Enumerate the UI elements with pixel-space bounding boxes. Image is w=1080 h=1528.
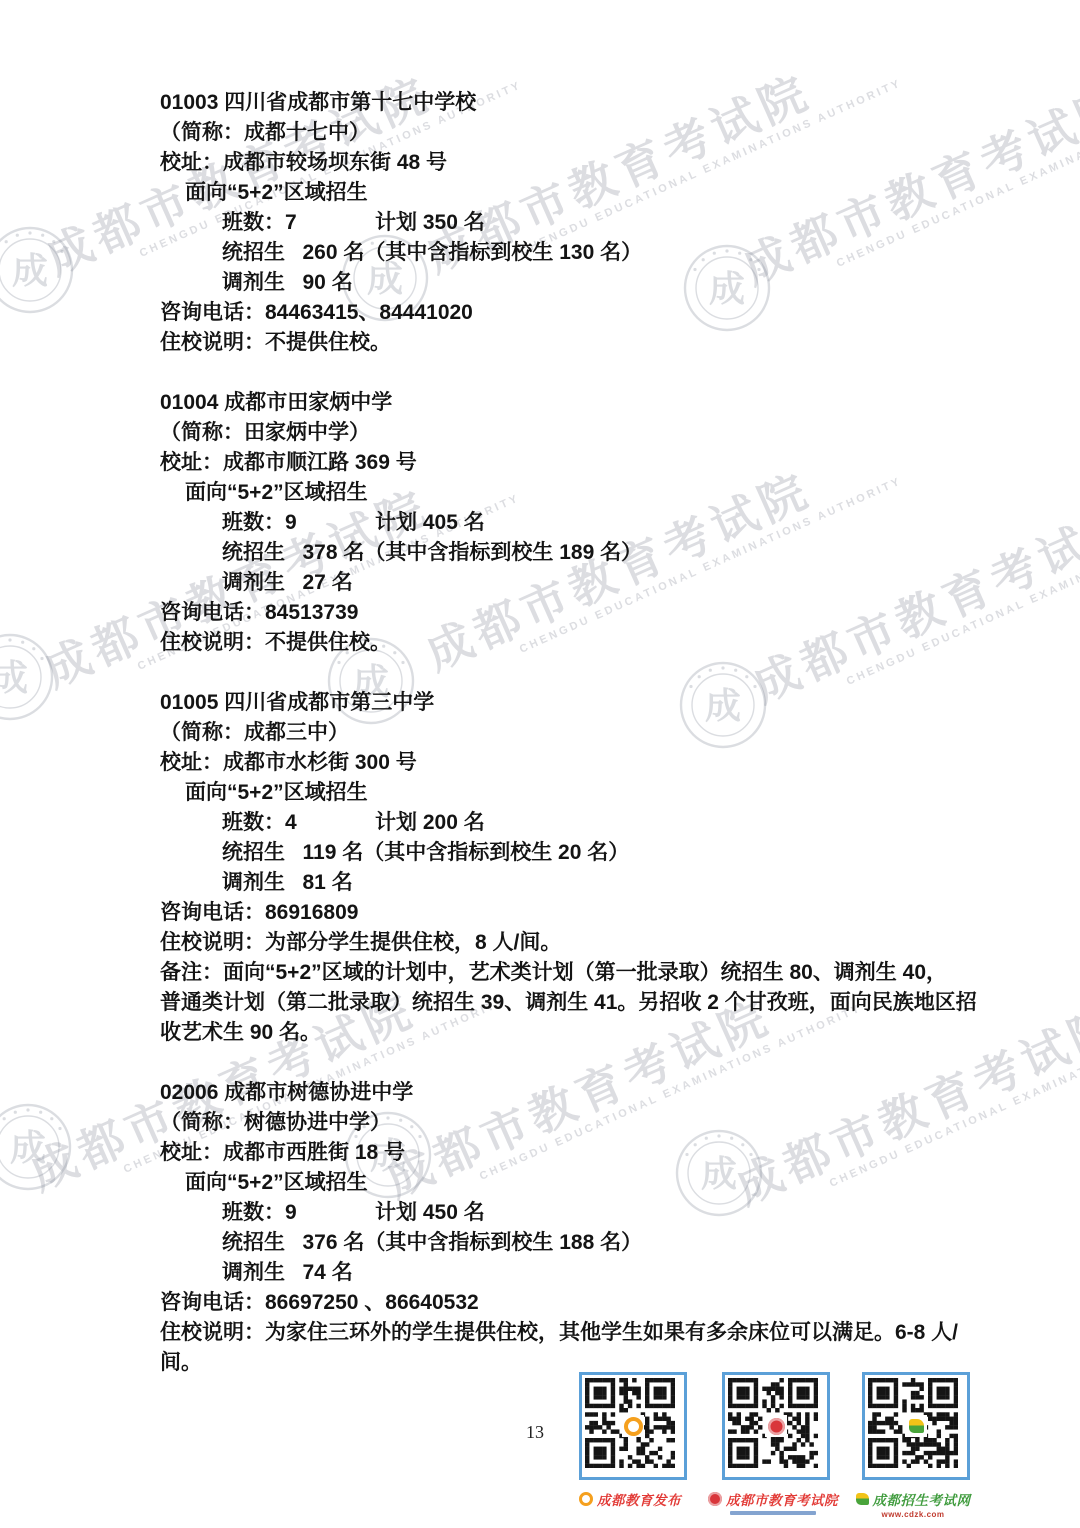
svg-text:成: 成: [10, 1127, 46, 1168]
line-tongzhao: 统招生 260 名（其中含指标到校生 130 名）: [160, 238, 1060, 268]
line-abbr: （简称：成都十七中）: [160, 118, 1060, 148]
line-tiaoji: 调剂生 81 名: [160, 868, 1060, 898]
line-note: 备注：面向“5+2”区域的计划中，艺术类计划（第一批录取）统招生 80、调剂生 …: [160, 958, 1060, 988]
plan-count-cell: 计划 405 名: [375, 511, 485, 534]
plan-count-cell: 计划 350 名: [375, 211, 485, 234]
line-note-cont: 收艺术生 90 名。: [160, 1018, 1060, 1048]
line-tongzhao: 统招生 119 名（其中含指标到校生 20 名）: [160, 838, 1060, 868]
document-content: 01003 四川省成都市第十七中学校（简称：成都十七中）校址：成都市较场坝东街 …: [160, 88, 1060, 1408]
qr-label-text: 成都教育发布: [597, 1489, 681, 1509]
line-dorm: 住校说明：不提供住校。: [160, 628, 1060, 658]
line-phone: 咨询电话：84513739: [160, 598, 1060, 628]
school-section-02006: 02006 成都市树德协进中学（简称：树德协进中学）校址：成都市西胜街 18 号…: [160, 1078, 1060, 1378]
class-count-cell: 班数：9: [222, 1198, 375, 1228]
line-tongzhao: 统招生 376 名（其中含指标到校生 188 名）: [160, 1228, 1060, 1258]
line-tiaoji: 调剂生 90 名: [160, 268, 1060, 298]
orange-ring-logo-icon: [622, 1415, 644, 1437]
plan-count-cell: 计划 200 名: [375, 811, 485, 834]
line-scope: 面向“5+2”区域招生: [160, 778, 1060, 808]
line-class-plan: 班数：9计划 450 名: [160, 1198, 1060, 1228]
qr-label-row: 成都教育发布: [579, 1489, 681, 1509]
red-circle-logo-icon: [765, 1415, 787, 1437]
seal-stamp-icon: 成: [0, 1103, 72, 1196]
qr-label-row: 成都招生考试网: [856, 1489, 971, 1509]
class-count-cell: 班数：9: [222, 508, 375, 538]
page-number: 13: [505, 1422, 565, 1443]
svg-text:成: 成: [0, 657, 28, 698]
document-page: 成都市教育考试院CHENGDU EDUCATIONAL EXAMINATIONS…: [0, 0, 1080, 1528]
line-scope: 面向“5+2”区域招生: [160, 1168, 1060, 1198]
line-abbr: （简称：树德协进中学）: [160, 1108, 1060, 1138]
line-phone: 咨询电话：86697250 、86640532: [160, 1288, 1060, 1318]
line-phone: 咨询电话：84463415、84441020: [160, 298, 1060, 328]
line-class-plan: 班数：9计划 405 名: [160, 508, 1060, 538]
class-count-cell: 班数：7: [222, 208, 375, 238]
plan-count-cell: 计划 450 名: [375, 1201, 485, 1224]
qr-label-text: 成都招生考试网: [873, 1489, 971, 1509]
line-dorm: 住校说明：为部分学生提供住校，8 人/间。: [160, 928, 1060, 958]
line-title: 01004 成都市田家炳中学: [160, 388, 1060, 418]
qr-label-subtext: www.cdzk.com: [881, 1511, 944, 1519]
line-abbr: （简称：田家炳中学）: [160, 418, 1060, 448]
line-title: 01005 四川省成都市第三中学: [160, 688, 1060, 718]
line-scope: 面向“5+2”区域招生: [160, 478, 1060, 508]
line-class-plan: 班数：7计划 350 名: [160, 208, 1060, 238]
line-tiaoji: 调剂生 74 名: [160, 1258, 1060, 1288]
line-dorm-cont: 间。: [160, 1348, 1060, 1378]
qr-label: 成都教育发布: [555, 1489, 705, 1509]
red-circle-icon: [708, 1492, 722, 1506]
line-tongzhao: 统招生 378 名（其中含指标到校生 189 名）: [160, 538, 1060, 568]
line-scope: 面向“5+2”区域招生: [160, 178, 1060, 208]
line-class-plan: 班数：4计划 200 名: [160, 808, 1060, 838]
school-section-01003: 01003 四川省成都市第十七中学校（简称：成都十七中）校址：成都市较场坝东街 …: [160, 88, 1060, 358]
svg-text:成: 成: [12, 250, 48, 291]
line-dorm: 住校说明：为家住三环外的学生提供住校，其他学生如果有多余床位可以满足。6-8 人…: [160, 1318, 1060, 1348]
line-address: 校址：成都市顺江路 369 号: [160, 448, 1060, 478]
line-address: 校址：成都市水杉街 300 号: [160, 748, 1060, 778]
qr-label-text: 成都市教育考试院: [726, 1489, 838, 1509]
green-leaf-logo-icon: [905, 1415, 927, 1437]
qr-label: 成都市教育考试院: [698, 1489, 848, 1515]
school-section-01004: 01004 成都市田家炳中学（简称：田家炳中学）校址：成都市顺江路 369 号面…: [160, 388, 1060, 658]
qr-label-row: 成都市教育考试院: [708, 1489, 838, 1509]
class-count-cell: 班数：4: [222, 808, 375, 838]
green-leaf-icon: [856, 1493, 869, 1505]
line-title: 02006 成都市树德协进中学: [160, 1078, 1060, 1108]
qr-label: 成都招生考试网www.cdzk.com: [838, 1489, 988, 1519]
line-address: 校址：成都市较场坝东街 48 号: [160, 148, 1060, 178]
line-tiaoji: 调剂生 27 名: [160, 568, 1060, 598]
line-dorm: 住校说明：不提供住校。: [160, 328, 1060, 358]
qr-label-subtext-bar: [730, 1511, 816, 1515]
line-abbr: （简称：成都三中）: [160, 718, 1060, 748]
line-title: 01003 四川省成都市第十七中学校: [160, 88, 1060, 118]
seal-stamp-icon: 成: [0, 633, 54, 726]
orange-ring-icon: [579, 1492, 593, 1506]
line-note-cont: 普通类计划（第二批录取）统招生 39、调剂生 41。另招收 2 个甘孜班，面向民…: [160, 988, 1060, 1018]
school-section-01005: 01005 四川省成都市第三中学（简称：成都三中）校址：成都市水杉街 300 号…: [160, 688, 1060, 1048]
line-phone: 咨询电话：86916809: [160, 898, 1060, 928]
line-address: 校址：成都市西胜街 18 号: [160, 1138, 1060, 1168]
seal-stamp-icon: 成: [0, 226, 74, 319]
